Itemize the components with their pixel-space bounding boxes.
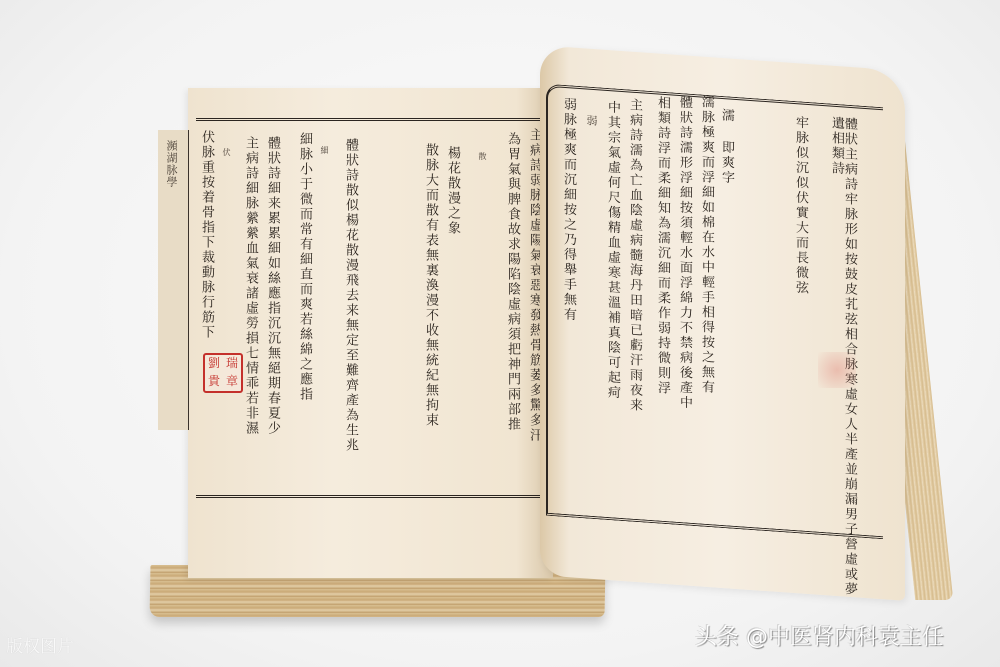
photo-scene: 伏脉重按着骨指下裁動脉行筋下 伏 細脉小于微而常有細直而爽若絲綿之應指 細 體狀… bbox=[0, 0, 1000, 667]
right-page: 弱脉極爽而沉細按之乃得舉手無有 弱 中其宗氣虛何尺傷精血虛寒甚溫補真陰可起疴 主… bbox=[540, 45, 905, 601]
text-column: 細脉小于微而常有細直而爽若絲綿之應指 bbox=[298, 132, 311, 402]
red-seal-stamp: 劉 瑞 貴 章 bbox=[203, 353, 243, 393]
text-column: 中其宗氣虛何尺傷精血虛寒甚溫補真陰可起疴 bbox=[606, 100, 619, 401]
text-column: 弱脉極爽而沉細按之乃得舉手無有 bbox=[562, 97, 575, 323]
text-column: 體狀詩濡形浮細按須輕水面浮綿力不禁病後產中 bbox=[678, 95, 691, 411]
seal-char: 貴 bbox=[205, 373, 223, 391]
text-column: 相類詩浮而柔細知為濡沉細而柔作弱持微則浮 bbox=[656, 95, 669, 396]
seal-char: 章 bbox=[223, 373, 241, 391]
text-column: 伏脉重按着骨指下裁動脉行筋下 bbox=[200, 130, 213, 340]
text-column: 濡脉極爽而浮細如棉在水中輕手相得按之無有 bbox=[700, 94, 713, 395]
text-column: 主病詩細脉縈縈血氣衰諸虛勞損七情乖若非濕 bbox=[244, 136, 257, 436]
spine-label: 瀕湖脉學 bbox=[166, 140, 177, 188]
text-column: 主病詩濡為亡血陰虛病髓海丹田暗已虧汗雨夜来 bbox=[628, 97, 641, 413]
text-column: 散脉大而散有表無裏渙漫不收無統紀無拘束 bbox=[424, 143, 437, 428]
left-page: 伏脉重按着骨指下裁動脉行筋下 伏 細脉小于微而常有細直而爽若絲綿之應指 細 體狀… bbox=[188, 88, 553, 578]
section-label: 伏 bbox=[222, 148, 230, 157]
faded-seal-stamp bbox=[818, 352, 856, 388]
section-label: 散 bbox=[478, 152, 486, 161]
author-watermark: 头条 @中医肾内科袁主任 bbox=[695, 620, 944, 651]
text-column: 為胃氣與脾食故求陽陷陰虛病須把神門兩部推 bbox=[506, 132, 519, 432]
text-column: 體狀詩散似楊花散漫飛去来無定至難齊產為生兆 bbox=[344, 138, 357, 453]
spine-label-strip: 瀕湖脉學 bbox=[158, 130, 189, 430]
text-column: 楊花散漫之象 bbox=[446, 146, 459, 236]
section-label: 弱 bbox=[586, 114, 597, 127]
seal-char: 劉 bbox=[205, 355, 223, 373]
text-column: 牢脉似沉似伏實大而長微弦 bbox=[794, 115, 807, 296]
copyright-watermark: 版权图片 bbox=[6, 632, 74, 657]
section-label: 細 bbox=[320, 146, 328, 155]
seal-char: 瑞 bbox=[223, 355, 241, 373]
section-label: 濡 即爽字 bbox=[720, 108, 733, 186]
text-column: 體狀詩細来累累細如絲應指沉沉無絕期春夏少 bbox=[266, 136, 279, 436]
